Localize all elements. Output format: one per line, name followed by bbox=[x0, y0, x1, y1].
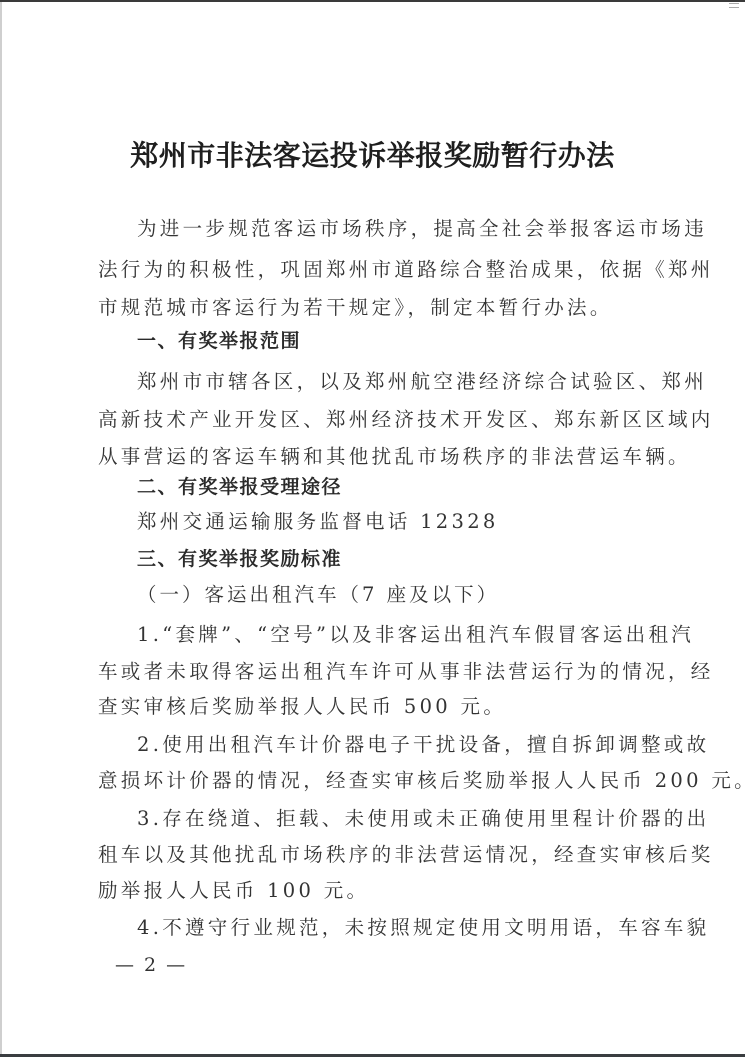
section-3-heading: 三、有奖举报奖励标准 bbox=[137, 544, 697, 574]
item-2-line-2: 意损坏计价器的情况，经查实审核后奖励举报人人民币 200 元。 bbox=[98, 766, 658, 796]
item-4-line-1: 4.不遵守行业规范，未按照规定使用文明用语，车容车貌 bbox=[137, 913, 697, 943]
item-3-line-3: 励举报人人民币 100 元。 bbox=[98, 876, 658, 906]
intro-line-1: 为进一步规范客运市场秩序，提高全社会举报客运市场违 bbox=[137, 214, 697, 244]
section-2-heading: 二、有奖举报受理途径 bbox=[137, 472, 697, 502]
document-title: 郑州市非法客运投诉举报奖励暂行办法 bbox=[0, 136, 745, 176]
intro-line-2: 法行为的积极性，巩固郑州市道路综合整治成果，依据《郑州 bbox=[98, 255, 658, 285]
section-1-heading: 一、有奖举报范围 bbox=[137, 326, 697, 356]
page-number: — 2 — bbox=[115, 950, 187, 980]
item-1-line-2: 车或者未取得客运出租汽车许可从事非法营运行为的情况，经 bbox=[98, 657, 658, 687]
item-3-line-1: 3.存在绕道、拒载、未使用或未正确使用里程计价器的出 bbox=[137, 804, 697, 834]
item-1-line-1: 1.“套牌”、“空号”以及非客运出租汽车假冒客运出租汽 bbox=[137, 620, 697, 650]
document-page: 郑州市非法客运投诉举报奖励暂行办法 为进一步规范客运市场秩序，提高全社会举报客运… bbox=[0, 0, 745, 1057]
section-1-line-2: 高新技术产业开发区、郑州经济技术开发区、郑东新区区域内 bbox=[98, 405, 658, 435]
item-3-line-2: 租车以及其他扰乱市场秩序的非法营运情况，经查实审核后奖 bbox=[98, 840, 658, 870]
section-1-line-1: 郑州市市辖各区，以及郑州航空港经济综合试验区、郑州 bbox=[137, 367, 697, 397]
section-2-line-1: 郑州交通运输服务监督电话 12328 bbox=[137, 507, 697, 537]
top-border bbox=[0, 0, 745, 2]
intro-line-3: 市规范城市客运行为若干规定》，制定本暂行办法。 bbox=[98, 293, 658, 323]
item-2-line-1: 2.使用出租汽车计价器电子干扰设备，擅自拆卸调整或故 bbox=[137, 730, 697, 760]
corner-mark-icon bbox=[729, 3, 739, 8]
section-3-subheading: （一）客运出租汽车（7 座及以下） bbox=[137, 580, 697, 610]
item-1-line-3: 查实审核后奖励举报人人民币 500 元。 bbox=[98, 692, 658, 722]
section-1-line-3: 从事营运的客运车辆和其他扰乱市场秩序的非法营运车辆。 bbox=[98, 442, 658, 472]
